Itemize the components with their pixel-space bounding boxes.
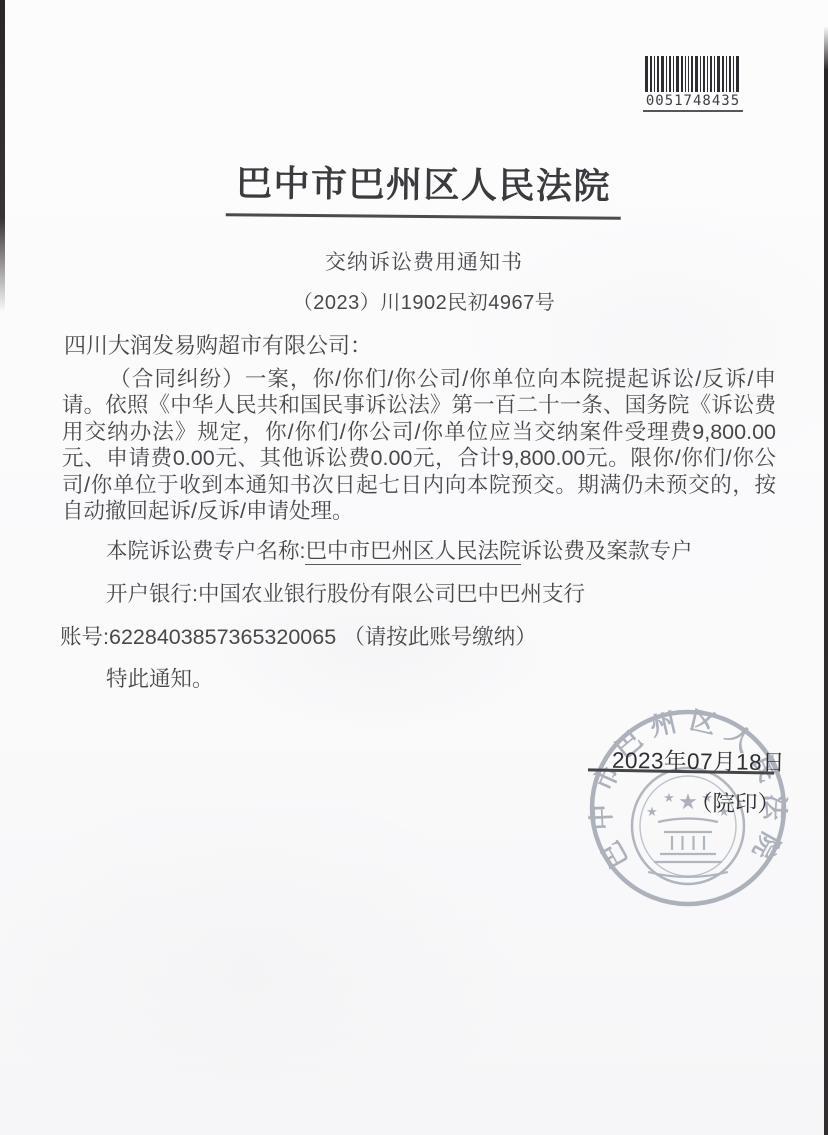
barcode: 0051748435 [643, 56, 743, 112]
account-name-court: 巴中市巴州区人民法院 [305, 539, 520, 565]
barcode-icon [645, 56, 741, 92]
account-note: （请按此账号缴纳） [343, 625, 537, 649]
document-title: 交纳诉讼费用通知书 [0, 246, 828, 276]
tiananmen-gate-icon [648, 819, 728, 878]
account-number-line: 账号:6228403857365320065（请按此账号缴纳） [60, 620, 537, 651]
account-name-label: 本院诉讼费专户名称: [106, 539, 305, 563]
barcode-number: 0051748435 [643, 93, 743, 109]
bank-label: 开户银行: [106, 582, 198, 606]
court-name-heading: 巴中市巴州区人民法院 [0, 157, 828, 218]
account-name-suffix: 诉讼费及案款专户 [521, 539, 693, 563]
scanned-court-notice: 0051748435 巴中市巴州区人民法院 交纳诉讼费用通知书 （2023）川1… [0, 0, 828, 1135]
account-number-label: 账号: [60, 625, 109, 649]
account-number: 6228403857365320065 [109, 625, 336, 649]
case-number: （2023）川1902民初4967号 [0, 286, 828, 315]
star-icon: ★ [663, 791, 675, 806]
recipient-line: 四川大润发易购超市有限公司： [64, 329, 372, 360]
body-paragraph: （合同纠纷）一案，你/你们/你公司/你单位向本院提起诉讼/反诉/申请。依照《中华… [62, 366, 776, 524]
closing-line: 特此通知。 [106, 662, 214, 693]
seal-caption: （院印） [690, 786, 780, 819]
bank-line: 开户银行:中国农业银行股份有限公司巴中巴州支行 [106, 577, 585, 608]
star-icon: ★ [646, 805, 658, 820]
court-name-text: 巴中市巴州区人民法院 [226, 155, 622, 219]
bank-name: 中国农业银行股份有限公司巴中巴州支行 [198, 582, 585, 606]
court-fee-account-name-line: 本院诉讼费专户名称:巴中市巴州区人民法院诉讼费及案款专户 [106, 534, 693, 565]
